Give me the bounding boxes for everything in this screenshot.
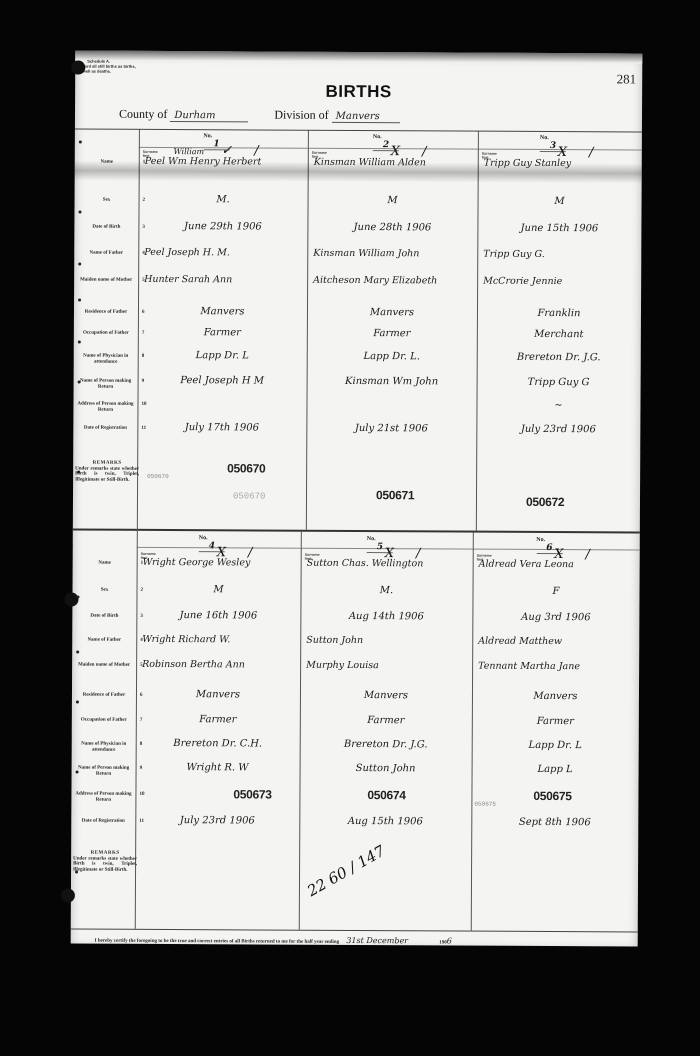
informant-address	[144, 398, 301, 399]
margin-dot	[78, 211, 81, 214]
county-division-line: County of Durham Division of Manvers	[119, 107, 400, 123]
date-of-birth: June 28th 1906	[313, 222, 471, 234]
margin-dot	[79, 141, 82, 144]
row-label: Name	[75, 160, 139, 166]
margin-dot	[78, 381, 81, 384]
father-residence: Manvers	[313, 307, 471, 319]
row-label: Name of Father	[72, 638, 136, 644]
name-correction: William	[159, 147, 219, 156]
informant-address: ~	[482, 400, 634, 412]
remarks-description: Under remarks state whether Birth is twi…	[75, 466, 139, 483]
table-top-rule	[75, 129, 642, 133]
page-edge-shadow	[75, 51, 642, 64]
child-name: Aldread Vera Leona	[479, 559, 634, 571]
father-name: Kinsman William John	[313, 248, 471, 260]
row-label: Address of Person making Return	[71, 792, 135, 803]
registration-number-stamp: 050673	[233, 787, 271, 801]
father-residence: Franklin	[483, 308, 635, 320]
table-bottom-rule	[71, 929, 638, 933]
father-occupation: Merchant	[483, 329, 635, 341]
row-label: Name of Father	[74, 251, 138, 257]
margin-dot	[78, 299, 81, 302]
sex: M.	[306, 585, 466, 597]
remarks-label: REMARKSUnder remarks state whether Birth…	[73, 851, 137, 873]
informant: Lapp L	[478, 764, 633, 776]
father-name: Wright Richard W.	[142, 634, 294, 646]
father-residence: Manvers	[478, 691, 633, 703]
certification-text: I hereby certify the foregoing to be the…	[95, 939, 339, 945]
year-label: 190	[439, 940, 447, 945]
informant: Sutton John	[306, 763, 466, 775]
row-label: Address of Person making Return	[73, 402, 137, 413]
physician: Lapp Dr. L.	[313, 351, 471, 363]
row-label: Name of Person making Return	[72, 766, 136, 777]
sex: F	[478, 586, 633, 598]
mother-maiden-name: Murphy Louisa	[306, 660, 466, 672]
row-label: Occupation of Father	[72, 718, 136, 724]
row-label: Date of Registration	[73, 426, 137, 432]
registration-number-stamp: 050672	[526, 495, 564, 509]
punch-hole	[71, 61, 85, 75]
row-label: Name of Physician in attendance	[74, 354, 138, 365]
row-label: Name of Person making Return	[74, 379, 138, 390]
father-occupation: Farmer	[144, 327, 301, 339]
father-occupation: Farmer	[142, 714, 294, 726]
row-label: Occupation of Father	[74, 331, 138, 337]
row-label: Date of Registration	[71, 819, 135, 825]
registration-date: Sept 8th 1906	[477, 817, 632, 829]
certification-line: I hereby certify the foregoing to be the…	[95, 935, 452, 946]
registration-number-stamp: 050674	[367, 788, 405, 802]
column-divider-2-3	[476, 131, 479, 531]
father-name: Tripp Guy G.	[483, 249, 635, 261]
father-occupation: Farmer	[306, 715, 466, 727]
mother-maiden-name: Hunter Sarah Ann	[144, 274, 301, 286]
registration-number-stamp: 050670	[227, 461, 265, 475]
date-of-birth: Aug 14th 1906	[306, 611, 466, 623]
row-label: Sex	[75, 198, 139, 204]
margin-dot	[76, 701, 79, 704]
column-divider-5-6	[471, 533, 474, 931]
faint-stamp: 050670	[233, 491, 265, 501]
schedule-instruction: Record all still births as births, as we…	[77, 64, 137, 74]
date-of-birth: June 15th 1906	[483, 223, 635, 235]
remarks-label: REMARKSUnder remarks state whether Birth…	[75, 461, 139, 483]
physician: Brereton Dr. C.H.	[142, 738, 294, 750]
margin-dot	[76, 771, 79, 774]
informant: Tripp Guy G	[483, 377, 635, 389]
father-name: Sutton John	[306, 635, 466, 647]
page-title: BIRTHS	[75, 81, 642, 104]
column-divider-1-2	[306, 130, 309, 530]
date-of-birth: June 29th 1906	[144, 221, 301, 233]
father-residence: Manvers	[306, 690, 466, 702]
sex: M	[142, 584, 294, 596]
county-label: County of	[119, 107, 167, 121]
punch-hole	[64, 592, 78, 606]
informant: Kinsman Wm John	[313, 376, 471, 388]
division-label: Division of	[274, 108, 328, 122]
informant-address	[313, 399, 471, 400]
mother-maiden-name: McCrorie Jennie	[483, 276, 635, 288]
sex: M	[314, 195, 472, 207]
division-value: Manvers	[332, 111, 400, 123]
birth-register-page: Schedule A. Record all still births as b…	[71, 51, 643, 947]
father-name: Peel Joseph H. M.	[144, 247, 301, 259]
faint-stamp: 050670	[147, 473, 169, 480]
father-residence: Manvers	[144, 306, 301, 318]
row-label: Name	[73, 561, 137, 567]
registration-date: July 23rd 1906	[141, 815, 293, 827]
father-residence: Manvers	[142, 689, 294, 701]
child-name: Sutton Chas. Wellington	[307, 558, 467, 570]
section-divider	[73, 529, 640, 534]
father-name: Aldread Matthew	[478, 636, 633, 648]
father-occupation: Farmer	[478, 716, 633, 728]
registration-date: July 17th 1906	[143, 422, 300, 434]
child-name: Wright George Wesley	[143, 557, 295, 569]
physician: Brereton Dr. J.G.	[306, 739, 466, 751]
registration-date: July 23rd 1906	[482, 424, 634, 436]
sex: M	[484, 196, 636, 208]
column-divider-4-5	[299, 532, 302, 930]
physician: Lapp Dr. L	[478, 740, 633, 752]
row-label: Residence of Father	[74, 310, 138, 316]
schedule-note: Schedule A. Record all still births as b…	[87, 59, 137, 74]
registration-date: July 21st 1906	[312, 423, 470, 435]
faint-stamp: 050675	[474, 801, 496, 808]
registration-date: Aug 15th 1906	[305, 816, 465, 828]
county-value: Durham	[170, 110, 248, 122]
mother-maiden-name: Tennant Martha Jane	[478, 661, 633, 673]
tally-note: 22 60 / 147	[304, 842, 388, 900]
registration-number-stamp: 050675	[533, 789, 571, 803]
registration-number-stamp: 050671	[376, 488, 414, 502]
physician: Brereton Dr. J.G.	[483, 352, 635, 364]
row-label: Residence of Father	[72, 693, 136, 699]
margin-dot	[77, 471, 80, 474]
informant: Peel Joseph H M	[144, 375, 301, 387]
mother-maiden-name: Robinson Bertha Ann	[142, 659, 294, 671]
informant: Wright R. W	[142, 762, 294, 774]
date-of-birth: June 16th 1906	[142, 610, 294, 622]
sex: M.	[145, 194, 302, 206]
year-value: 6	[447, 936, 452, 945]
margin-dot	[76, 651, 79, 654]
child-name: Kinsman William Alden	[314, 157, 472, 169]
date-of-birth: Aug 3rd 1906	[478, 612, 633, 624]
row-label: Maiden name of Mother	[74, 278, 138, 284]
row-label: Date of Birth	[72, 614, 136, 620]
row-label: Maiden name of Mother	[72, 663, 136, 669]
row-number: 10	[139, 792, 144, 797]
margin-dot	[75, 871, 78, 874]
physician: Lapp Dr. L	[144, 350, 301, 362]
row-label: Name of Physician in attendance	[72, 742, 136, 753]
punch-hole	[61, 888, 75, 902]
child-name: Tripp Guy Stanley	[484, 158, 636, 170]
margin-dot	[78, 341, 81, 344]
mother-maiden-name: Aitcheson Mary Elizabeth	[313, 275, 471, 287]
certification-date: 31st December	[346, 936, 408, 945]
remarks-description: Under remarks state whether Birth is twi…	[73, 856, 137, 873]
margin-dot	[78, 263, 81, 266]
child-name: Peel Wm Henry Herbert	[145, 156, 302, 168]
row-label: Date of Birth	[74, 225, 138, 231]
margin-dot	[76, 596, 79, 599]
father-occupation: Farmer	[313, 328, 471, 340]
row-label: Sex	[73, 588, 137, 594]
row-number: 10	[141, 402, 146, 407]
